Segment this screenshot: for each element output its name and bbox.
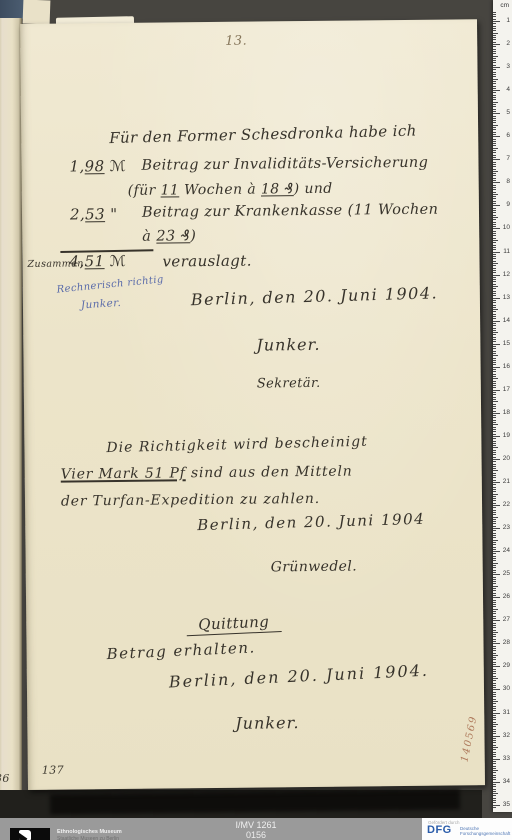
hw-sum-text: verauslagt.: [162, 252, 252, 271]
ruler-tick: [493, 95, 496, 96]
ruler-tick: [493, 738, 496, 739]
ruler-tick: [493, 653, 496, 654]
ruler-tick: [493, 752, 496, 753]
ruler-tick: [493, 337, 496, 338]
ruler-tick: [493, 323, 496, 324]
ruler-tick: [493, 443, 496, 444]
ruler-tick: [493, 731, 496, 732]
ruler-tick: [493, 459, 500, 460]
ruler-tick: [493, 761, 496, 762]
ruler-tick: [493, 277, 496, 278]
ruler-number: 33: [503, 755, 510, 762]
ruler-tick: [493, 46, 496, 47]
hw-cert-line3: der Turfan-Expedition zu zahlen.: [61, 491, 320, 510]
ruler-tick: [493, 434, 496, 435]
ruler-tick: [493, 127, 496, 128]
hw-cert-line1: Die Richtigkeit wird bescheinigt: [106, 434, 368, 456]
ruler-tick: [493, 717, 496, 718]
ruler-number: 30: [503, 685, 510, 692]
ruler-tick: [493, 795, 496, 796]
hw-entry-line1: Für den Former Schesdronka habe ich: [109, 122, 417, 148]
ruler-tick: [493, 171, 498, 172]
ruler-tick: [493, 37, 496, 38]
ruler-tick: [493, 618, 496, 619]
ruler-tick: [493, 673, 496, 674]
ruler-tick: [493, 521, 496, 522]
ruler-tick: [493, 178, 496, 179]
ruler-tick: [493, 270, 496, 271]
ruler-tick: [493, 16, 496, 17]
ruler-tick: [493, 763, 496, 764]
ruler-tick: [493, 641, 496, 642]
hw-signature-1-role: Sekretär.: [257, 376, 321, 392]
ruler-tick: [493, 141, 496, 142]
ruler-tick: [493, 21, 500, 22]
ruler-tick: [493, 217, 498, 218]
ruler-tick: [493, 166, 496, 167]
ruler-tick: [493, 187, 496, 188]
ruler-tick: [493, 643, 500, 644]
ruler-tick: [493, 611, 496, 612]
ruler-tick: [493, 676, 496, 677]
ruler-tick: [493, 544, 496, 545]
ruler-tick: [493, 805, 500, 806]
ruler-tick: [493, 627, 496, 628]
ruler-number: 6: [506, 132, 510, 139]
ruler-number: 17: [503, 386, 510, 393]
hw-signature-1: Junker.: [256, 335, 320, 355]
ruler-number: 20: [503, 455, 510, 462]
ruler-tick: [493, 196, 496, 197]
ruler-tick: [493, 503, 496, 504]
ruler-tick: [493, 689, 500, 690]
ruler-tick: [493, 378, 498, 379]
ruler-tick: [493, 28, 496, 29]
ruler-tick: [493, 194, 498, 195]
ruler-number: 21: [503, 478, 510, 485]
ruler-tick: [493, 231, 496, 232]
ruler-number: 13: [503, 294, 510, 301]
ruler-number: 26: [503, 593, 510, 600]
hw-dateline-1: Berlin, den 20. Juni 1904.: [191, 283, 439, 309]
ruler-number: 32: [503, 732, 510, 739]
ruler-tick: [493, 210, 496, 211]
ruler-tick: [493, 726, 496, 727]
ruler-tick: [493, 325, 496, 326]
ruler-tick: [493, 60, 496, 61]
ruler-tick: [493, 510, 496, 511]
ruler-tick: [493, 281, 496, 282]
ruler: cm 1234567891011121314151617181920212223…: [493, 0, 512, 812]
ruler-tick: [493, 53, 496, 54]
ruler-tick: [493, 505, 500, 506]
ruler-tick: [493, 436, 500, 437]
ruler-tick: [493, 766, 496, 767]
ruler-tick: [493, 494, 498, 495]
ruler-tick: [493, 19, 496, 20]
hw-amount-2: 2,53 ": [70, 205, 118, 223]
ruler-number: 35: [503, 801, 510, 808]
ruler-tick: [493, 233, 496, 234]
ruler-tick: [493, 715, 496, 716]
ruler-tick: [493, 507, 496, 508]
dfg-logo: Gefördert durch DFG Deutsche Forschungsg…: [422, 818, 512, 840]
ruler-tick: [493, 646, 496, 647]
ruler-tick: [493, 351, 496, 352]
ruler-tick: [493, 157, 496, 158]
ruler-tick: [493, 12, 496, 13]
ruler-tick: [493, 719, 496, 720]
ruler-tick: [493, 549, 496, 550]
ruler-tick: [493, 404, 496, 405]
ruler-tick: [493, 563, 498, 564]
ruler-tick: [493, 583, 496, 584]
ruler-number: 1: [506, 17, 510, 24]
ruler-tick: [493, 129, 496, 130]
ruler-tick: [493, 362, 496, 363]
ruler-tick: [493, 593, 496, 594]
ruler-tick: [493, 567, 496, 568]
ruler-tick: [493, 86, 496, 87]
ruler-tick: [493, 597, 500, 598]
ruler-tick: [493, 438, 496, 439]
ruler-tick: [493, 789, 496, 790]
ruler-tick: [493, 657, 496, 658]
ruler-tick: [493, 23, 496, 24]
ruler-tick: [493, 62, 496, 63]
ruler-tick: [493, 779, 496, 780]
book-cover-edge: [0, 0, 25, 19]
ruler-tick: [493, 791, 496, 792]
ruler-number: 27: [503, 616, 510, 623]
ruler-tick: [493, 272, 496, 273]
hw-cert-line2: Vier Mark 51 Pf sind aus den Mitteln: [61, 464, 353, 483]
ruler-tick: [493, 800, 496, 801]
ruler-tick: [493, 770, 498, 771]
ruler-tick: [493, 376, 496, 377]
ruler-tick: [493, 713, 500, 714]
ruler-tick: [493, 65, 496, 66]
ruler-tick: [493, 408, 496, 409]
ruler-tick: [493, 457, 496, 458]
ruler-tick: [493, 683, 496, 684]
ruler-tick: [493, 358, 496, 359]
ruler-tick: [493, 318, 496, 319]
ruler-tick: [493, 390, 500, 391]
ruler-tick: [493, 219, 496, 220]
ruler-tick: [493, 461, 496, 462]
ruler-tick: [493, 613, 496, 614]
ruler-tick: [493, 198, 496, 199]
scanned-archive-page: 36 13. Für den Former Schesdronka habe i…: [0, 0, 512, 840]
ruler-tick: [493, 339, 496, 340]
ruler-tick: [493, 415, 496, 416]
underlying-page-corner: [23, 0, 51, 24]
ruler-tick: [493, 341, 496, 342]
ruler-tick: [493, 81, 496, 82]
ruler-tick: [493, 385, 496, 386]
ruler-tick: [493, 83, 496, 84]
ruler-tick: [493, 298, 500, 299]
ruler-tick: [493, 284, 496, 285]
ruler-tick: [493, 623, 496, 624]
ruler-tick: [493, 314, 496, 315]
ruler-tick: [493, 659, 496, 660]
ruler-tick: [493, 411, 496, 412]
ruler-number: 10: [503, 224, 510, 231]
ruler-tick: [493, 477, 496, 478]
ruler-tick: [493, 113, 500, 114]
ruler-tick: [493, 662, 496, 663]
ruler-tick: [493, 58, 496, 59]
ruler-number: 23: [503, 524, 510, 531]
folio-number-previous: 36: [0, 772, 10, 785]
ruler-tick: [493, 348, 496, 349]
ruler-tick: [493, 76, 496, 77]
ruler-number: 25: [503, 570, 510, 577]
ruler-tick: [493, 235, 496, 236]
hw-amount-1: 1,98 ℳ: [69, 157, 126, 176]
ruler-number: 34: [503, 778, 510, 785]
ruler-tick: [493, 530, 496, 531]
ruler-tick: [493, 288, 496, 289]
ruler-tick: [493, 445, 496, 446]
ruler-tick: [493, 263, 498, 264]
manuscript-page: 13. Für den Former Schesdronka habe ich …: [20, 19, 485, 790]
ruler-tick: [493, 422, 496, 423]
ruler-tick: [493, 97, 496, 98]
hw-audit-note-line1: Rechnerisch richtig: [56, 274, 164, 295]
ruler-tick: [493, 316, 496, 317]
ruler-tick: [493, 268, 496, 269]
ruler-tick: [493, 143, 496, 144]
ruler-tick: [493, 90, 500, 91]
ruler-tick: [493, 420, 496, 421]
ruler-tick: [493, 454, 496, 455]
ruler-tick: [493, 148, 498, 149]
ruler-tick: [493, 480, 496, 481]
ruler-tick: [493, 487, 496, 488]
ruler-tick: [493, 258, 496, 259]
ruler-tick: [493, 309, 498, 310]
ruler-tick: [493, 470, 498, 471]
ruler-tick: [493, 625, 496, 626]
ruler-tick: [493, 759, 500, 760]
ruler-tick: [493, 291, 496, 292]
ruler-tick: [493, 756, 496, 757]
ruler-tick: [493, 595, 496, 596]
ruler-tick: [493, 173, 496, 174]
ruler-tick: [493, 650, 496, 651]
ruler-tick: [493, 208, 496, 209]
ruler-tick: [493, 307, 496, 308]
dfg-abbr: DFG: [427, 824, 452, 836]
ruler-tick: [493, 364, 496, 365]
ruler-tick: [493, 782, 500, 783]
folio-number-current: 137: [42, 764, 64, 777]
ruler-tick: [493, 526, 496, 527]
ruler-tick: [493, 786, 496, 787]
ruler-number: 18: [503, 409, 510, 416]
hw-receipt-heading: Quittung: [186, 612, 282, 634]
ruler-tick: [493, 35, 496, 36]
ruler-tick: [493, 424, 498, 425]
ruler-tick: [493, 588, 496, 589]
ruler-tick: [493, 547, 496, 548]
ruler-tick: [493, 512, 496, 513]
ruler-tick: [493, 745, 496, 746]
ruler-tick: [493, 242, 496, 243]
ruler-tick: [493, 99, 496, 100]
ruler-tick: [493, 634, 496, 635]
ruler-tick: [493, 724, 498, 725]
ruler-tick: [493, 586, 498, 587]
ruler-tick: [493, 793, 498, 794]
ruler-number: 11: [503, 248, 510, 255]
ruler-tick: [493, 44, 500, 45]
ruler-tick: [493, 300, 496, 301]
ruler-tick: [493, 39, 496, 40]
ruler-tick: [493, 636, 496, 637]
ruler-tick: [493, 74, 496, 75]
ruler-tick: [493, 136, 500, 137]
ruler-number: 8: [506, 178, 510, 185]
ruler-tick: [493, 609, 498, 610]
ruler-tick: [493, 742, 496, 743]
ruler-number: 19: [503, 432, 510, 439]
ruler-tick: [493, 452, 496, 453]
ruler-tick: [493, 360, 496, 361]
ruler-tick: [493, 150, 496, 151]
hw-sum-amount: 4,51 ℳ: [69, 252, 126, 271]
hw-cert-dateline: Berlin, den 20. Juni 1904: [197, 510, 425, 534]
ruler-tick: [493, 768, 496, 769]
ruler-tick: [493, 708, 496, 709]
ruler-tick: [493, 669, 496, 670]
ruler-tick: [493, 49, 496, 50]
ruler-tick: [493, 685, 496, 686]
ruler-tick: [493, 261, 496, 262]
archival-stamp-number: 140569: [458, 708, 481, 769]
hw-receipt-line1: Betrag erhalten.: [106, 638, 256, 663]
ruler-tick: [493, 145, 496, 146]
ruler-tick: [493, 798, 496, 799]
ruler-tick: [493, 666, 500, 667]
ruler-tick: [493, 777, 496, 778]
ruler-tick: [493, 139, 496, 140]
ruler-tick: [493, 334, 496, 335]
ruler-tick: [493, 475, 496, 476]
ruler-tick: [493, 590, 496, 591]
ruler-tick: [493, 311, 496, 312]
page-number: 13.: [225, 34, 247, 49]
ruler-tick: [493, 387, 496, 388]
ruler-tick: [493, 116, 496, 117]
ruler-tick: [493, 215, 496, 216]
ruler-tick: [493, 14, 496, 15]
ruler-tick: [493, 553, 496, 554]
ruler-tick: [493, 484, 496, 485]
ruler-tick: [493, 245, 496, 246]
ruler-tick: [493, 441, 496, 442]
ruler-tick: [493, 722, 496, 723]
ruler-number: 7: [506, 155, 510, 162]
ruler-tick: [493, 542, 496, 543]
ruler-number: 4: [506, 86, 510, 93]
ruler-tick: [493, 701, 498, 702]
ruler-tick: [493, 447, 498, 448]
ruler-tick: [493, 51, 496, 52]
ruler-tick: [493, 537, 496, 538]
ruler-tick: [493, 406, 496, 407]
ruler-tick: [493, 450, 496, 451]
ruler-tick: [493, 355, 498, 356]
ruler-tick: [493, 192, 496, 193]
ruler-tick: [493, 164, 496, 165]
ruler-tick: [493, 397, 496, 398]
ruler-tick: [493, 733, 496, 734]
ruler-tick: [493, 747, 498, 748]
ruler-tick: [493, 252, 500, 253]
ruler-number: 28: [503, 639, 510, 646]
ruler-tick: [493, 392, 496, 393]
ruler-tick: [493, 736, 500, 737]
ruler-number: 29: [503, 662, 510, 669]
ruler-tick: [493, 427, 496, 428]
ruler-tick: [493, 664, 496, 665]
ruler-tick: [493, 332, 498, 333]
ruler-tick: [493, 600, 496, 601]
ruler-unit-label: cm: [500, 2, 509, 9]
ruler-tick: [493, 729, 496, 730]
ruler-tick: [493, 175, 496, 176]
ruler-tick: [493, 500, 496, 501]
hw-entry-line2: Beitrag zur Invaliditäts-Versicherung: [141, 155, 428, 174]
ruler-tick: [493, 572, 496, 573]
ruler-tick: [493, 703, 496, 704]
ruler-tick: [493, 305, 496, 306]
ruler-tick: [493, 374, 496, 375]
ruler-tick: [493, 620, 500, 621]
ruler-tick: [493, 346, 496, 347]
ruler-tick: [493, 491, 496, 492]
ruler-tick: [493, 286, 498, 287]
underlying-page-edge: 36: [0, 18, 22, 794]
ruler-tick: [493, 496, 496, 497]
ruler-tick: [493, 371, 496, 372]
ruler-tick: [493, 26, 496, 27]
ruler-tick: [493, 464, 496, 465]
ruler-tick: [493, 265, 496, 266]
ruler-tick: [493, 328, 496, 329]
ruler-tick: [493, 152, 496, 153]
ruler-tick: [493, 88, 496, 89]
ruler-tick: [493, 92, 496, 93]
ruler-number: 3: [506, 63, 510, 70]
ruler-tick: [493, 558, 496, 559]
ruler-tick: [493, 680, 496, 681]
ruler-number: 16: [503, 363, 510, 370]
ruler-tick: [493, 132, 496, 133]
ruler-tick: [493, 381, 496, 382]
ruler-tick: [493, 69, 496, 70]
ruler-tick: [493, 749, 496, 750]
ruler-tick: [493, 401, 498, 402]
ruler-tick: [493, 254, 496, 255]
ruler-tick: [493, 222, 496, 223]
ruler-tick: [493, 182, 500, 183]
ruler-tick: [493, 205, 500, 206]
